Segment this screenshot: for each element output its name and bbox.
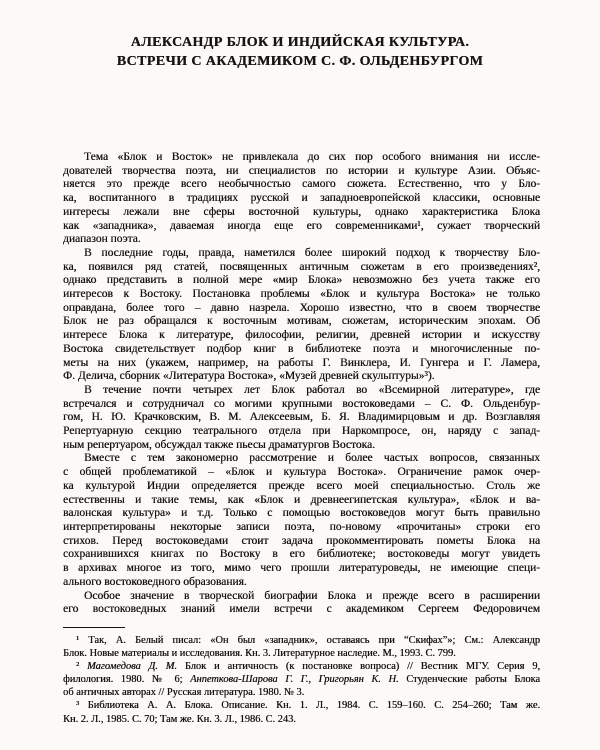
text-line: Ф. Делича, сборник «Литература Востока»,… (63, 370, 540, 384)
text-line: интерпретированы некоторые записи поэта,… (63, 521, 540, 535)
text-line: об античных авторах // Русская литератур… (63, 686, 540, 699)
text-segment: Блок и античность (к постановке вопроса)… (177, 661, 540, 672)
text-line: Блок не раз обращался к восточным мотива… (63, 315, 540, 329)
text-line: Вместе с тем закономерно рассмотрение и … (63, 452, 540, 466)
text-line: ка, воспитанного в традициях русской и з… (63, 192, 540, 206)
text-line: ¹ Так, А. Белый писал: «Он был «западник… (63, 634, 540, 647)
footnote-1: ¹ Так, А. Белый писал: «Он был «западник… (63, 634, 540, 660)
footnotes: ¹ Так, А. Белый писал: «Он был «западник… (63, 634, 540, 726)
text-segment: Студенческие работы Блока (399, 674, 540, 685)
text-line: встречался и сотрудничал со могими крупн… (63, 398, 540, 412)
text-line: ка, появился ряд статей, посвященных ант… (63, 261, 540, 275)
italic-text-segment: Магомедова Д. М. (87, 661, 177, 672)
text-line: В течение почти четырех лет Блок работал… (63, 384, 540, 398)
body-paragraph-1: Тема «Блок и Восток» не привлекала до си… (63, 151, 540, 247)
text-line: стихов. Перед востоковедами стоит задача… (63, 535, 540, 549)
text-line: валонская культура» и т.д. Только с помо… (63, 507, 540, 521)
text-line: сохранившихся книгах по Востоку в его би… (63, 548, 540, 562)
text-line: Тема «Блок и Восток» не привлекала до си… (63, 151, 540, 165)
text-line: Репертуарную секцию театрального отдела … (63, 425, 540, 439)
text-line: дователей творчества поэта, ни специалис… (63, 165, 540, 179)
text-line: Востока свидетельствует подбор книг в би… (63, 343, 540, 357)
text-line: ным репертуаром, обсуждал также пьесы др… (63, 439, 540, 453)
text-line: филология. 1980. № 6; Анпеткова-Шарова Г… (63, 673, 540, 686)
text-line: ² Магомедова Д. М. Блок и античность (к … (63, 660, 540, 673)
body-paragraph-4: Вместе с тем закономерно рассмотрение и … (63, 452, 540, 589)
text-line: ка культурой Индии определяется прежде в… (63, 480, 540, 494)
title-line-1: АЛЕКСАНДР БЛОК И ИНДИЙСКАЯ КУЛЬТУРА. (0, 33, 600, 52)
document-page: АЛЕКСАНДР БЛОК И ИНДИЙСКАЯ КУЛЬТУРА. ВСТ… (0, 0, 600, 750)
italic-text-segment: Анпеткова-Шарова Г. Г., Григорьян К. Н. (190, 674, 399, 685)
footnote-2: ² Магомедова Д. М. Блок и античность (к … (63, 660, 540, 699)
text-line: интересе Блока к литературе, философии, … (63, 329, 540, 343)
document-body: Тема «Блок и Восток» не привлекала до си… (63, 151, 540, 617)
text-line: Кн. 2. Л., 1985. С. 70; Там же. Кн. 3. Л… (63, 713, 540, 726)
text-line: ального востоковедного образования. (63, 576, 540, 590)
text-line: няется это прежде всего необычностью сам… (63, 178, 540, 192)
title-line-2: ВСТРЕЧИ С АКАДЕМИКОМ С. Ф. ОЛЬДЕНБУРГОМ (0, 52, 600, 71)
text-line: как «западника», даваемая иногда еще его… (63, 220, 540, 234)
text-line: однако представить в полной мере «мир Бл… (63, 274, 540, 288)
text-line: ³ Библиотека А. А. Блока. Описание. Кн. … (63, 699, 540, 712)
body-paragraph-5: Особое значение в творческой биографии Б… (63, 590, 540, 617)
text-segment: филология. 1980. № 6; (63, 674, 190, 685)
text-line: его востоковедных знаний имели встречи с… (63, 603, 540, 617)
text-line: диапазон поэта. (63, 233, 540, 247)
body-paragraph-3: В течение почти четырех лет Блок работал… (63, 384, 540, 453)
text-line: гом, Н. Ю. Крачковским, В. М. Алексеевым… (63, 411, 540, 425)
text-segment: ² (76, 661, 87, 672)
text-line: в архивах многое из того, мимо чего прош… (63, 562, 540, 576)
body-paragraph-2: В последние годы, правда, наметился боле… (63, 247, 540, 384)
text-line: интересы лежали вне сферы восточной куль… (63, 206, 540, 220)
text-line: оправдана, более того – давно назрела. Х… (63, 302, 540, 316)
text-line: естественны и такие темы, как «Блок и др… (63, 494, 540, 508)
text-line: меты на них (укажем, например, на работы… (63, 357, 540, 371)
footnote-3: ³ Библиотека А. А. Блока. Описание. Кн. … (63, 699, 540, 725)
footnote-separator (63, 627, 125, 628)
text-line: с общей проблематикой – «Блок и культура… (63, 466, 540, 480)
text-line: интересов к Востоку. Постановка проблемы… (63, 288, 540, 302)
text-line: В последние годы, правда, наметился боле… (63, 247, 540, 261)
text-line: Блок. Новые материалы и исследования. Кн… (63, 647, 540, 660)
document-title: АЛЕКСАНДР БЛОК И ИНДИЙСКАЯ КУЛЬТУРА. ВСТ… (0, 33, 600, 71)
text-line: Особое значение в творческой биографии Б… (63, 590, 540, 604)
